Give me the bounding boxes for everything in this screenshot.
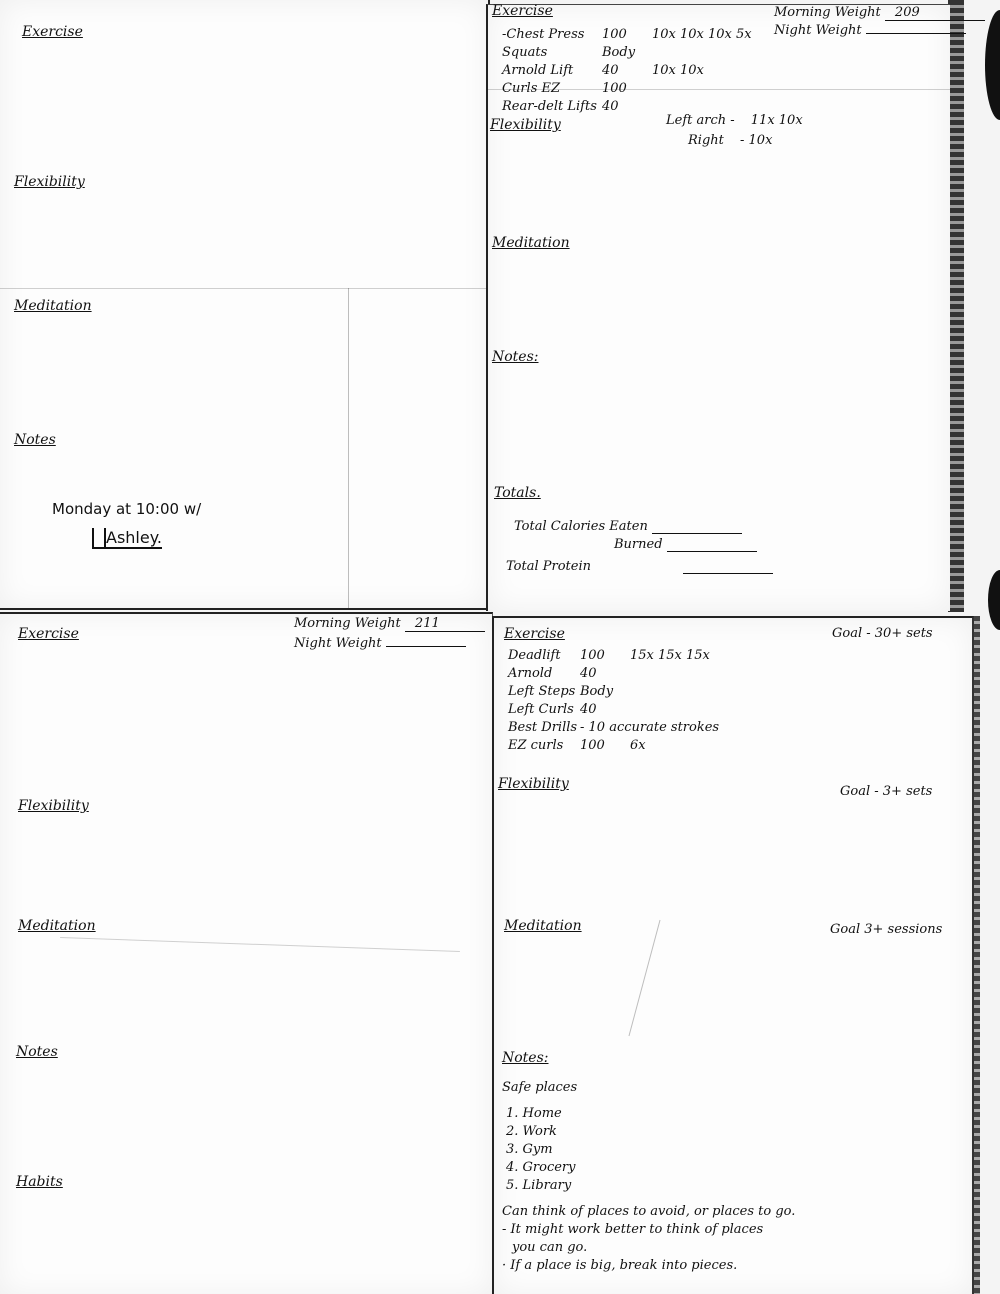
night-weight-label: Night Weight	[294, 636, 382, 651]
exercise-sets: 10x 10x	[652, 63, 704, 78]
safe-place-item: 1. Home	[506, 1106, 562, 1121]
safe-place-item: 2. Work	[506, 1124, 557, 1139]
section-heading-notes: Notes	[14, 432, 56, 448]
journal-page-bottom-right: Exercise Goal - 30+ sets Deadlift10015x …	[492, 616, 974, 1294]
journal-page-top-left: Exercise Flexibility Meditation Notes Mo…	[0, 0, 490, 610]
flexibility-label: Left arch -	[666, 113, 735, 128]
flexibility-entry: Left arch - 11x 10x	[666, 113, 803, 128]
exercise-weight: 40	[580, 702, 630, 717]
exercise-row: SquatsBody	[502, 45, 652, 60]
binder-ring-icon	[988, 570, 1000, 630]
protein-label: Total Protein	[506, 559, 591, 574]
safe-place-item: 4. Grocery	[506, 1160, 576, 1175]
night-weight-value	[866, 33, 966, 34]
flexibility-sets: - 10x	[740, 133, 772, 148]
exercise-weight: 40	[602, 99, 652, 114]
note-line: · If a place is big, break into pieces.	[502, 1258, 737, 1273]
exercise-row: Left Curls40	[508, 702, 630, 717]
exercise-name: Curls EZ	[502, 81, 602, 96]
flexibility-entry: Right - 10x	[688, 133, 772, 148]
night-weight-field: Night Weight	[774, 23, 966, 38]
exercise-name: -Chest Press	[502, 27, 602, 42]
note-text: Monday at 10:00 w/	[52, 500, 201, 518]
section-heading-totals: Totals.	[494, 485, 541, 501]
note-name: Ashley.	[92, 528, 162, 547]
calories-eaten-label: Total Calories Eaten	[514, 519, 648, 534]
exercise-sets: 6x	[630, 738, 646, 753]
section-heading-exercise: Exercise	[18, 626, 79, 642]
section-heading-notes: Notes	[16, 1044, 58, 1060]
section-heading-flexibility: Flexibility	[498, 776, 569, 792]
section-heading-notes: Notes:	[502, 1050, 549, 1066]
section-heading-habits: Habits	[16, 1174, 63, 1190]
exercise-row: Rear-delt Lifts40	[502, 99, 652, 114]
exercise-weight: 100	[602, 27, 652, 42]
section-heading-notes: Notes:	[492, 349, 539, 365]
morning-weight-field: Morning Weight 211	[294, 616, 485, 632]
exercise-name: Squats	[502, 45, 602, 60]
exercise-weight: 40	[602, 63, 652, 78]
exercise-row: Deadlift10015x 15x 15x	[508, 648, 710, 663]
morning-weight-label: Morning Weight	[294, 616, 401, 631]
morning-weight-value: 209	[885, 5, 985, 21]
exercise-name: Rear-delt Lifts	[502, 99, 602, 114]
note-name-text: Ashley.	[92, 528, 162, 549]
exercise-weight: 100	[580, 738, 630, 753]
morning-weight-value: 211	[405, 616, 485, 632]
spiral-binding-right	[948, 0, 964, 612]
calories-burned-label: Burned	[614, 537, 663, 552]
section-heading-exercise: Exercise	[22, 24, 83, 40]
safe-places-heading: Safe places	[502, 1080, 577, 1095]
total-protein-field: Total Protein	[506, 559, 773, 574]
exercise-goal: Goal - 30+ sets	[832, 626, 933, 641]
section-heading-meditation: Meditation	[18, 918, 96, 934]
flexibility-label: Right	[688, 133, 724, 148]
exercise-weight: Body	[580, 684, 630, 699]
night-weight-field: Night Weight	[294, 636, 466, 651]
section-heading-exercise: Exercise	[492, 3, 553, 19]
exercise-name: Left Curls	[508, 702, 580, 717]
section-heading-flexibility: Flexibility	[490, 117, 561, 133]
exercise-name: Deadlift	[508, 648, 580, 663]
flexibility-sets: 11x 10x	[751, 113, 803, 128]
journal-page-top-right: Exercise Morning Weight 209 Night Weight…	[486, 4, 950, 611]
night-weight-label: Night Weight	[774, 23, 862, 38]
exercise-weight: - 10 accurate strokes	[580, 720, 719, 735]
exercise-weight: 40	[580, 666, 630, 681]
note-line: Can think of places to avoid, or places …	[502, 1204, 795, 1219]
exercise-name: Arnold	[508, 666, 580, 681]
section-heading-flexibility: Flexibility	[14, 174, 85, 190]
safe-place-item: 3. Gym	[506, 1142, 553, 1157]
note-line: you can go.	[512, 1240, 587, 1255]
journal-page-bottom-left: Exercise Morning Weight 211 Night Weight…	[0, 612, 493, 1294]
exercise-name: EZ curls	[508, 738, 580, 753]
safe-place-item: 5. Library	[506, 1178, 571, 1193]
exercise-row: Left StepsBody	[508, 684, 630, 699]
section-heading-flexibility: Flexibility	[18, 798, 89, 814]
binder-ring-icon	[985, 10, 1000, 120]
flexibility-goal: Goal - 3+ sets	[840, 784, 932, 799]
morning-weight-label: Morning Weight	[774, 5, 881, 20]
section-heading-exercise: Exercise	[504, 626, 565, 642]
exercise-weight: 100	[602, 81, 652, 96]
exercise-row: -Chest Press10010x 10x 10x 5x	[502, 27, 752, 42]
exercise-row: Arnold Lift4010x 10x	[502, 63, 704, 78]
exercise-sets: 10x 10x 10x 5x	[652, 27, 752, 42]
section-heading-meditation: Meditation	[504, 918, 582, 934]
exercise-name: Left Steps	[508, 684, 580, 699]
total-calories-burned-field: Burned	[614, 537, 757, 552]
exercise-row: EZ curls1006x	[508, 738, 646, 753]
exercise-name: Arnold Lift	[502, 63, 602, 78]
exercise-row: Curls EZ100	[502, 81, 652, 96]
morning-weight-field: Morning Weight 209	[774, 5, 985, 21]
night-weight-value	[386, 646, 466, 647]
meditation-goal: Goal 3+ sessions	[830, 922, 942, 937]
section-heading-meditation: Meditation	[492, 235, 570, 251]
total-calories-eaten-field: Total Calories Eaten	[514, 519, 742, 534]
exercise-name: Best Drills	[508, 720, 580, 735]
exercise-weight: Body	[602, 45, 652, 60]
exercise-sets: 15x 15x 15x	[630, 648, 710, 663]
exercise-row: Best Drills- 10 accurate strokes	[508, 720, 719, 735]
section-heading-meditation: Meditation	[14, 298, 92, 314]
exercise-weight: 100	[580, 648, 630, 663]
exercise-row: Arnold40	[508, 666, 630, 681]
note-line: - It might work better to think of place…	[502, 1222, 763, 1237]
